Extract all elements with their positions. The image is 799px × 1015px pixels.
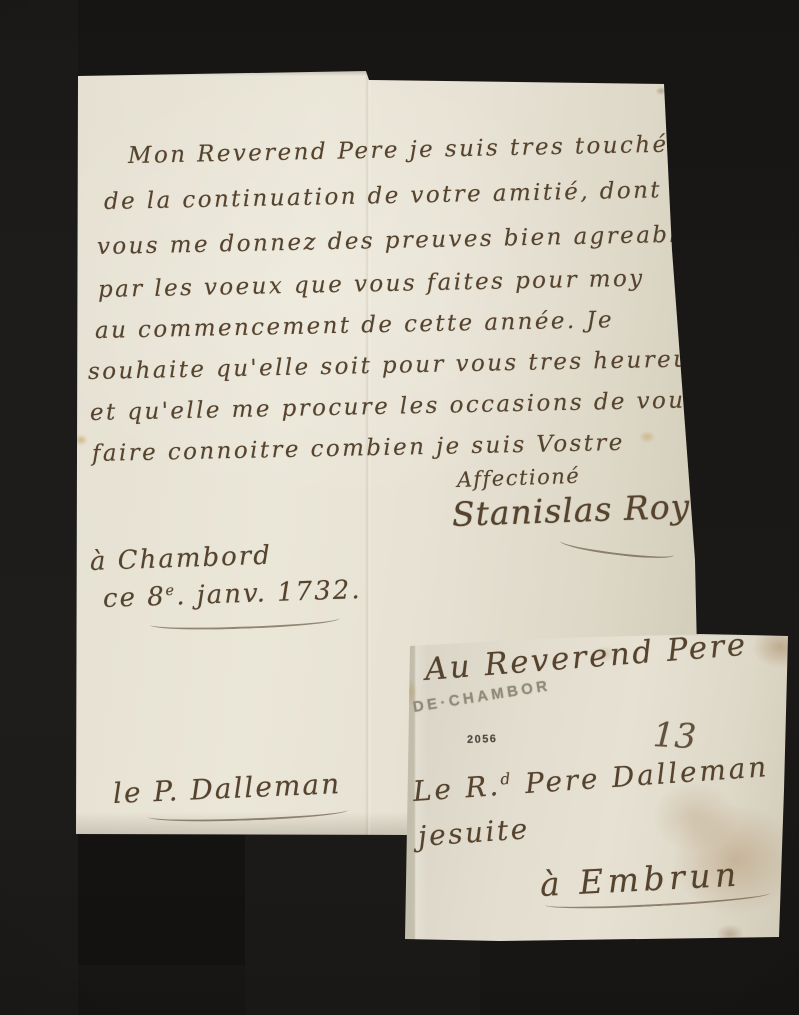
postal-rate-mark: 13 — [652, 718, 697, 754]
photo-stage: Mon Reverend Pere je suis tres touché de… — [0, 0, 799, 1015]
letter-line: faire connoitre combien je suis Vostre — [92, 432, 625, 466]
addressee-superscript: d — [500, 770, 514, 789]
valediction: Affectioné — [457, 466, 581, 491]
address-name-line: Le R.d Pere Dalleman — [412, 753, 770, 806]
date-rest: . janv. 1732. — [176, 575, 362, 611]
signature: Stanislas Roy — [451, 490, 690, 531]
ink-flourish — [148, 805, 348, 824]
letter-line: Mon Reverend Pere je suis tres touché — [128, 134, 669, 168]
date-line: ce 8e. janv. 1732. — [103, 577, 362, 612]
place-line: à Chambord — [90, 543, 273, 575]
addressee-rest: Pere Dalleman — [512, 750, 770, 801]
ink-flourish — [559, 536, 675, 562]
envelope: Au Reverend Pere DE·CHAMBOR 2056 13 Le R… — [400, 632, 792, 944]
letter-line: de la continuation de votre amitié, dont — [104, 179, 662, 214]
letter-line: par les voeux que vous faites pour moy — [98, 268, 645, 302]
background-patch — [0, 0, 78, 1015]
ink-flourish — [150, 613, 340, 632]
letter-line: au commencement de cette année. Je — [95, 309, 614, 343]
background-patch — [78, 833, 245, 965]
letter-line: et qu'elle me procure les occasions de v… — [90, 389, 700, 425]
docket-line: le P. Dalleman — [112, 770, 341, 808]
letter-line: souhaite qu'elle soit pour vous tres heu… — [88, 348, 731, 384]
addressee-prefix: Le R. — [412, 769, 502, 808]
address-order-line: jesuite — [417, 815, 531, 851]
catalog-number: 2056 — [467, 734, 498, 746]
date-prefix: ce 8 — [102, 582, 166, 614]
letter-line: vous me donnez des preuves bien agreable… — [97, 223, 710, 259]
